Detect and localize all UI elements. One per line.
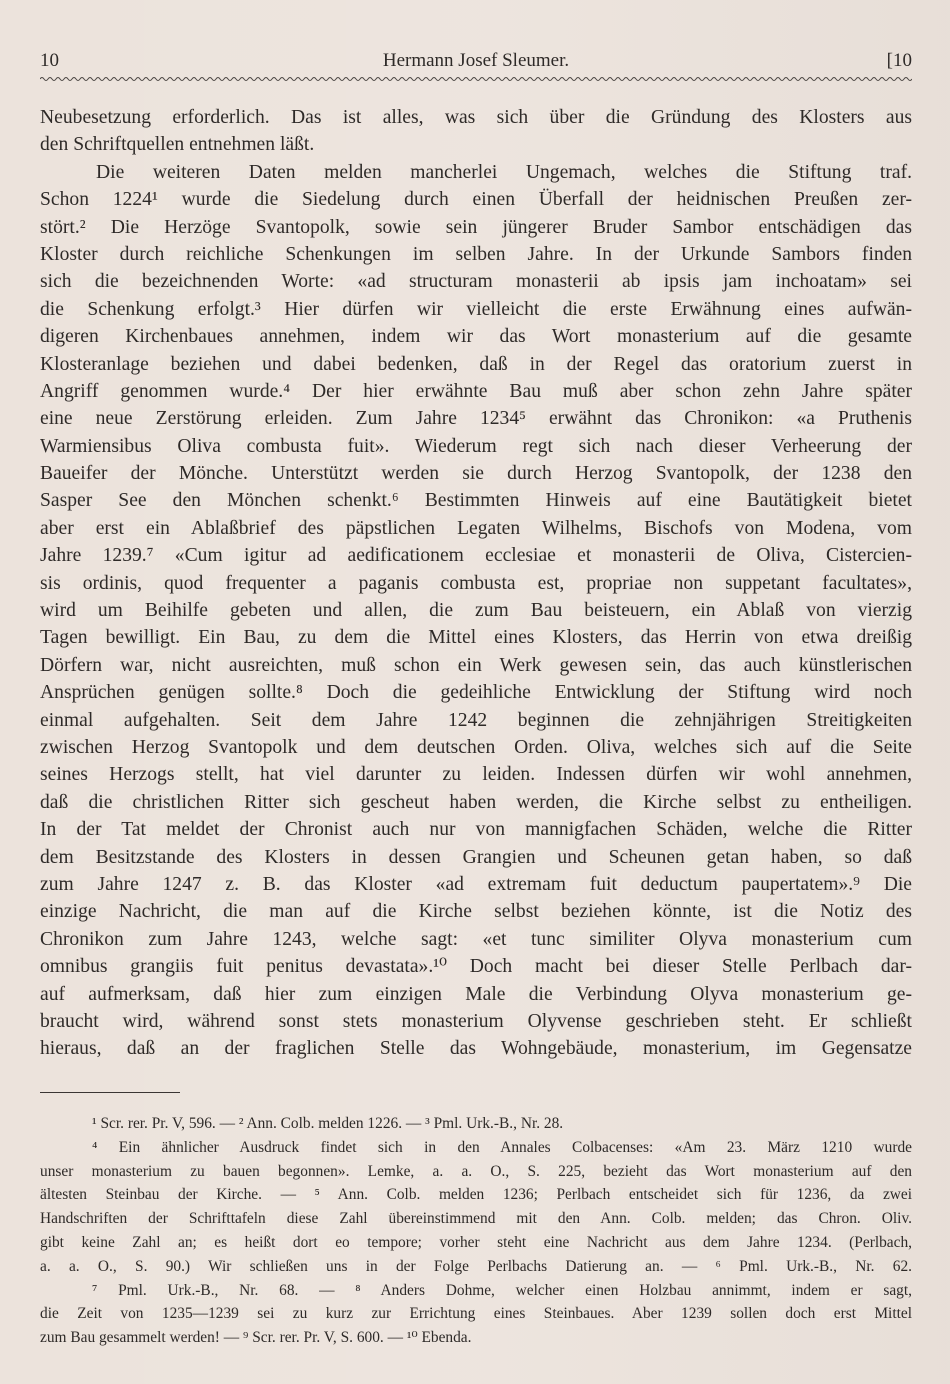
- body-line: Klosteranlage beziehen und dabei bedenke…: [40, 351, 912, 378]
- body-line: Baueifer der Mönche. Unterstützt werden …: [40, 460, 912, 487]
- body-line: zum Jahre 1247 z. B. das Kloster «ad ext…: [40, 871, 912, 898]
- body-line: Jahre 1239.⁷ «Cum igitur ad aedification…: [40, 542, 912, 569]
- footnote-line: zum Bau gesammelt werden! — ⁹ Scr. rer. …: [40, 1326, 912, 1350]
- body-line: die Schenkung erfolgt.³ Hier dürfen wir …: [40, 296, 912, 323]
- running-head: 10 Hermann Josef Sleumer. [10: [40, 47, 912, 75]
- body-line: sis ordinis, quod frequenter a paganis c…: [40, 570, 912, 597]
- body-line: Dörfern war, nicht ausreichten, muß scho…: [40, 652, 912, 679]
- body-line: zwischen Herzog Svantopolk und dem deuts…: [40, 734, 912, 761]
- footnote-line: ⁷ Pml. Urk.-B., Nr. 68. — ⁸ Anders Dohme…: [40, 1279, 912, 1303]
- footnotes: ¹ Scr. rer. Pr. V, 596. — ² Ann. Colb. m…: [40, 1112, 912, 1350]
- body-text: Neubesetzung erforderlich. Das ist alles…: [40, 104, 912, 1063]
- body-line: auf aufmerksam, daß hier zum einzigen Ma…: [40, 981, 912, 1008]
- running-head-author: Hermann Josef Sleumer.: [40, 47, 912, 75]
- body-line: daß die christlichen Ritter sich gescheu…: [40, 789, 912, 816]
- body-line: hieraus, daß an der fraglichen Stelle da…: [40, 1035, 912, 1062]
- body-line: digeren Kirchenbaues annehmen, indem wir…: [40, 323, 912, 350]
- body-line: Kloster durch reichliche Schenkungen im …: [40, 241, 912, 268]
- body-line: Warmiensibus Oliva combusta fuit». Wiede…: [40, 433, 912, 460]
- body-line: Chronikon zum Jahre 1243, welche sagt: «…: [40, 926, 912, 953]
- footnote-line: a. a. O., S. 90.) Wir schließen uns in d…: [40, 1255, 912, 1279]
- book-page: 10 Hermann Josef Sleumer. [10 Neubesetzu…: [0, 0, 950, 1384]
- footnote-line: Handschriften der Schrifttafeln diese Za…: [40, 1207, 912, 1231]
- body-line: Neubesetzung erforderlich. Das ist alles…: [40, 104, 912, 131]
- body-line: Die weiteren Daten melden mancherlei Ung…: [40, 159, 912, 186]
- body-line: aber erst ein Ablaßbrief des päpstlichen…: [40, 515, 912, 542]
- body-line: wird um Beihilfe gebeten und allen, die …: [40, 597, 912, 624]
- footnote-line: unser monasterium zu bauen begonnen». Le…: [40, 1160, 912, 1184]
- body-line: seines Herzogs stellt, hat viel darunter…: [40, 761, 912, 788]
- body-line: sich die bezeichnenden Worte: «ad struct…: [40, 268, 912, 295]
- body-line: omnibus grangiis fuit penitus devastata»…: [40, 953, 912, 980]
- footnote-line: die Zeit von 1235—1239 sei zu kurz zur E…: [40, 1302, 912, 1326]
- body-line: Ansprüchen genügen sollte.⁸ Doch die ged…: [40, 679, 912, 706]
- original-page-number: [10: [887, 47, 912, 75]
- body-line: stört.² Die Herzöge Svantopolk, sowie se…: [40, 214, 912, 241]
- body-line: Sasper See den Mönchen schenkt.⁶ Bestimm…: [40, 487, 912, 514]
- footnote-line: gibt keine Zahl an; es heißt dort eo tem…: [40, 1231, 912, 1255]
- footnote-separator: [40, 1092, 180, 1093]
- body-line: braucht wird, während sonst stets monast…: [40, 1008, 912, 1035]
- wavy-header-rule: [40, 75, 912, 83]
- body-line: eine neue Zerstörung erleiden. Zum Jahre…: [40, 405, 912, 432]
- body-line: Tagen bewilligt. Ein Bau, zu dem die Mit…: [40, 624, 912, 651]
- body-line: dem Besitzstande des Klosters in dessen …: [40, 844, 912, 871]
- body-line: den Schriftquellen entnehmen läßt.: [40, 131, 912, 158]
- footnote-line: ¹ Scr. rer. Pr. V, 596. — ² Ann. Colb. m…: [40, 1112, 912, 1136]
- footnote-line: ⁴ Ein ähnlicher Ausdruck findet sich in …: [40, 1136, 912, 1160]
- footnote-line: ältesten Steinbau der Kirche. — ⁵ Ann. C…: [40, 1183, 912, 1207]
- body-line: In der Tat meldet der Chronist auch nur …: [40, 816, 912, 843]
- body-line: einmal aufgehalten. Seit dem Jahre 1242 …: [40, 707, 912, 734]
- body-line: einzige Nachricht, die man auf die Kirch…: [40, 898, 912, 925]
- body-line: Schon 1224¹ wurde die Siedelung durch ei…: [40, 186, 912, 213]
- body-line: Angriff genommen wurde.⁴ Der hier erwähn…: [40, 378, 912, 405]
